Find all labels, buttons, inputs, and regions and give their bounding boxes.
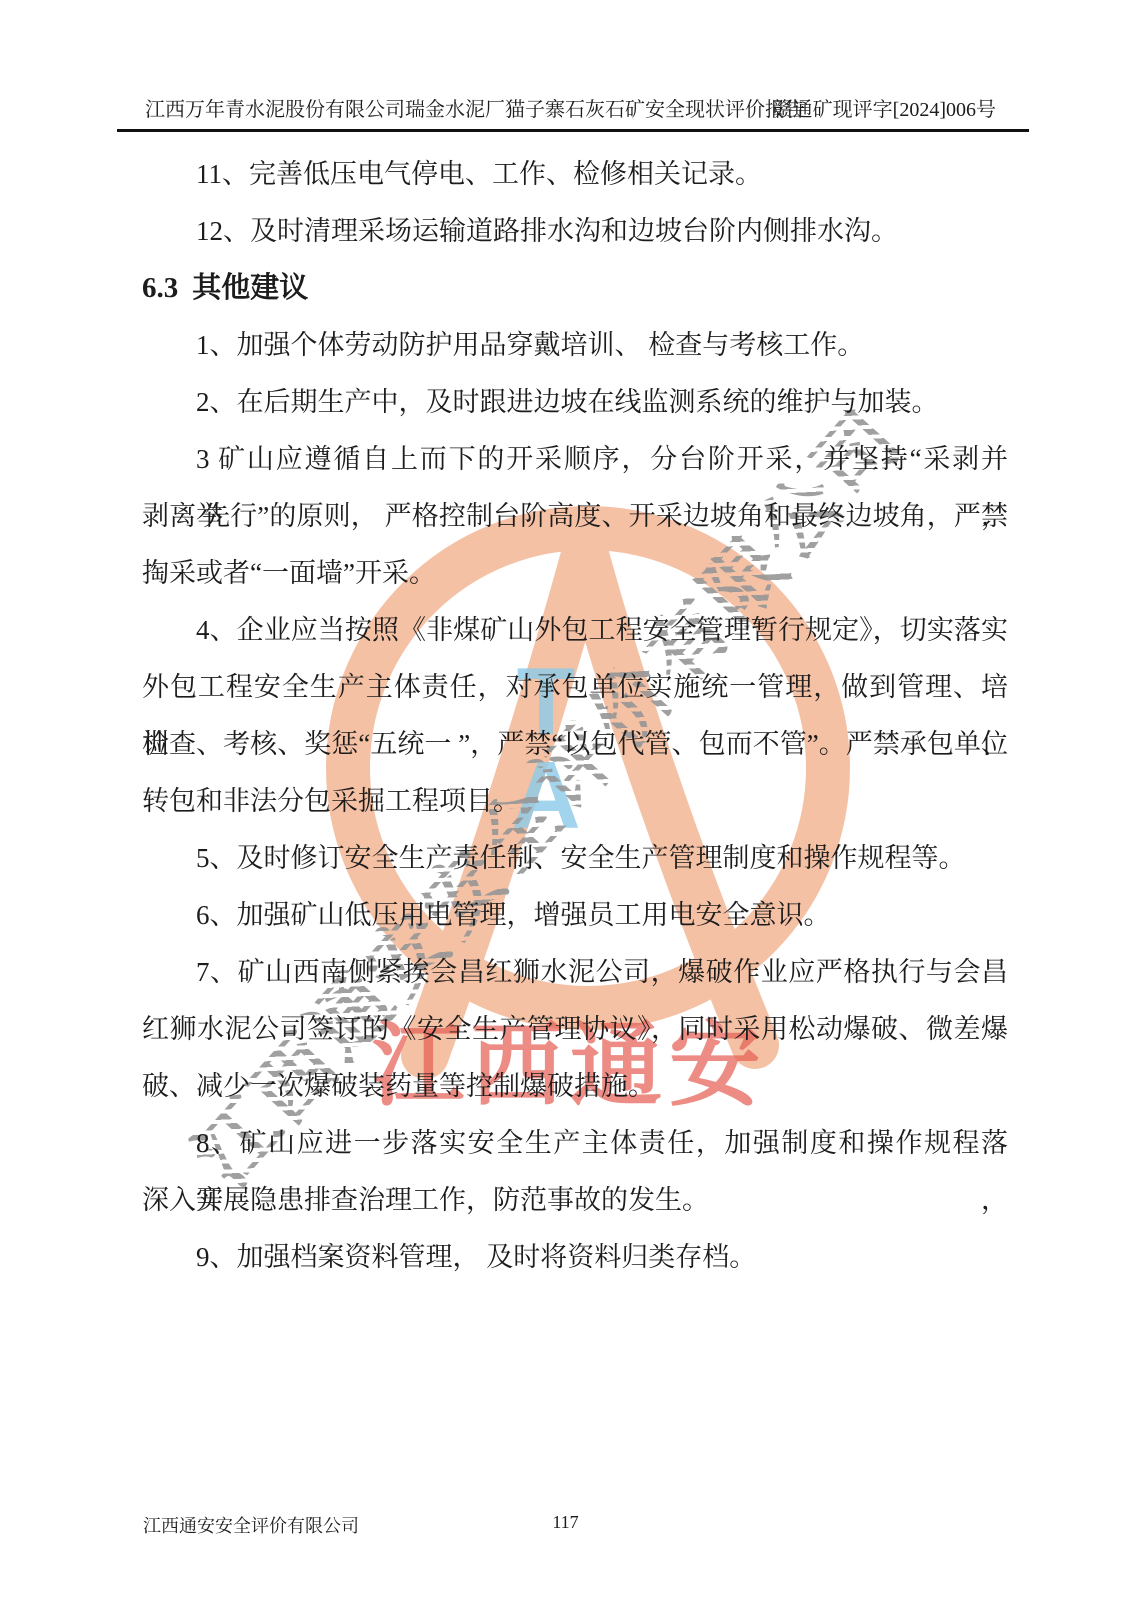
body-line: 转包和非法分包采掘工程项目。 xyxy=(142,773,1008,830)
body-line: 外包工程安全生产主体责任，对承包单位实施统一管理，做到管理、培训、 xyxy=(142,659,1008,716)
body-line: 6、加强矿山低压用电管理，增强员工用电安全意识。 xyxy=(142,887,1008,944)
header-rule xyxy=(117,129,1029,132)
body-line: 11、完善低压电气停电、工作、检修相关记录。 xyxy=(142,146,1008,203)
body-line: 检查、考核、奖惩“五统一 ”，严禁“以包代管、包而不管”。严禁承包单位 xyxy=(142,716,1008,773)
body-line: 3 矿山应遵循自上而下的开采顺序，分台阶开采，并坚持“采剥并举， xyxy=(142,431,1008,488)
section-heading: 6.3其他建议 xyxy=(142,260,1008,317)
body-line: 1、加强个体劳动防护用品穿戴培训、 检查与考核工作。 xyxy=(142,317,1008,374)
body-text: 11、完善低压电气停电、工作、检修相关记录。 12、及时清理采场运输道路排水沟和… xyxy=(142,146,1008,1286)
body-line: 2、在后期生产中，及时跟进边坡在线监测系统的维护与加装。 xyxy=(142,374,1008,431)
body-line: 5、及时修订安全生产责任制、安全生产管理制度和操作规程等。 xyxy=(142,830,1008,887)
body-line: 剥离 先行”的原则， 严格控制台阶高度、开采边坡角和最终边坡角，严禁 xyxy=(142,488,1008,545)
section-title: 其他建议 xyxy=(192,272,308,304)
section-number: 6.3 xyxy=(142,272,178,304)
body-line: 8、矿山应进一步落实安全生产主体责任，加强制度和操作规程落实， xyxy=(142,1115,1008,1172)
footer-page-number: 117 xyxy=(0,1512,1131,1533)
body-line: 破、减少一次爆破装药量等控制爆破措施。 xyxy=(142,1058,1008,1115)
body-line: 9、加强档案资料管理， 及时将资料归类存档。 xyxy=(142,1229,1008,1286)
header-doc-number: 赣通矿现评字[2024]006号 xyxy=(773,93,996,122)
body-line: 12、及时清理采场运输道路排水沟和边坡台阶内侧排水沟。 xyxy=(142,203,1008,260)
page-content: 江西万年青水泥股份有限公司瑞金水泥厂猫子寨石灰石矿安全现状评价报告 赣通矿现评字… xyxy=(0,0,1131,1600)
body-line: 红狮水泥公司签订的《安全生产管理协议》，同时采用松动爆破、微差爆 xyxy=(142,1001,1008,1058)
body-line: 掏采或者“一面墙”开采。 xyxy=(142,545,1008,602)
header-report-title: 江西万年青水泥股份有限公司瑞金水泥厂猫子寨石灰石矿安全现状评价报告 xyxy=(145,93,805,122)
body-line: 7、矿山西南侧紧挨会昌红狮水泥公司，爆破作业应严格执行与会昌 xyxy=(142,944,1008,1001)
document-page: TA 江西通安 江西通安安全评价有限公司 江西万年青水泥股份有限公司瑞金水泥厂猫… xyxy=(0,0,1131,1600)
body-line: 4、企业应当按照《非煤矿山外包工程安全管理暂行规定》，切实落实 xyxy=(142,602,1008,659)
